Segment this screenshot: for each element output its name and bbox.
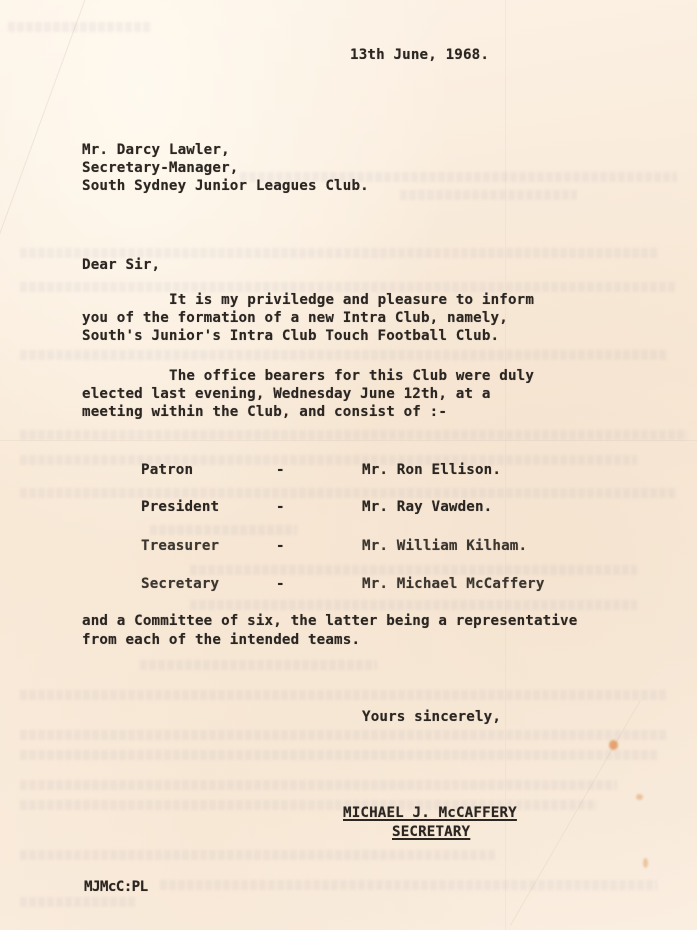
recipient-organization: South Sydney Junior Leagues Club. (82, 177, 369, 195)
bleed-through-text (20, 780, 617, 790)
bleed-through-text (20, 350, 667, 360)
officer-name: Mr. Michael McCaffery (362, 575, 545, 593)
officer-separator: - (276, 461, 285, 479)
salutation: Dear Sir, (82, 256, 160, 274)
bleed-through-text (8, 22, 152, 32)
paper-stain (636, 794, 643, 800)
paragraph-line: The office bearers for this Club were du… (169, 367, 534, 385)
recipient-name: Mr. Darcy Lawler, (82, 141, 230, 159)
officer-separator: - (276, 537, 285, 555)
bleed-through-text (20, 690, 667, 700)
bleed-through-text (150, 525, 297, 535)
bleed-through-text (20, 430, 687, 440)
paper-crease (0, 440, 697, 441)
signature-title: SECRETARY (392, 823, 470, 841)
bleed-through-text (20, 897, 137, 907)
officer-name: Mr. William Kilham. (362, 537, 527, 555)
reference-initials: MJMcC:PL (84, 878, 148, 896)
bleed-through-text (20, 488, 677, 498)
bleed-through-text (190, 600, 637, 610)
officer-name: Mr. Ron Ellison. (362, 461, 501, 479)
paragraph-line: elected last evening, Wednesday June 12t… (82, 385, 491, 403)
officer-role: Treasurer (141, 537, 219, 555)
officer-separator: - (276, 575, 285, 593)
bleed-through-text (20, 455, 637, 465)
paragraph-line: It is my priviledge and pleasure to info… (169, 291, 534, 309)
paper-stain (609, 740, 618, 750)
bleed-through-text (160, 880, 657, 890)
paragraph-line: meeting within the Club, and consist of … (82, 403, 447, 421)
paragraph-line: South's Junior's Intra Club Touch Footba… (82, 327, 499, 345)
bleed-through-text (400, 190, 577, 200)
paper-crease (510, 700, 641, 926)
paper-crease (505, 0, 506, 930)
bleed-through-text (20, 850, 497, 860)
paper-crease (0, 0, 89, 235)
signature-name: MICHAEL J. McCAFFERY (343, 804, 517, 822)
paragraph-line: from each of the intended teams. (82, 631, 360, 649)
bleed-through-text (20, 750, 657, 760)
bleed-through-text (190, 565, 637, 575)
letter-date: 13th June, 1968. (350, 46, 489, 64)
officer-role: Patron (141, 461, 193, 479)
closing: Yours sincerely, (362, 708, 501, 726)
officer-role: President (141, 498, 219, 516)
paragraph-line: you of the formation of a new Intra Club… (82, 309, 508, 327)
officer-separator: - (276, 498, 285, 516)
recipient-title: Secretary-Manager, (82, 159, 238, 177)
officer-role: Secretary (141, 575, 219, 593)
letter-page: 13th June, 1968. Mr. Darcy Lawler, Secre… (0, 0, 697, 930)
paper-stain (643, 858, 648, 868)
bleed-through-text (20, 730, 667, 740)
bleed-through-text (140, 660, 377, 670)
paragraph-line: and a Committee of six, the latter being… (82, 612, 577, 630)
officer-name: Mr. Ray Vawden. (362, 498, 492, 516)
